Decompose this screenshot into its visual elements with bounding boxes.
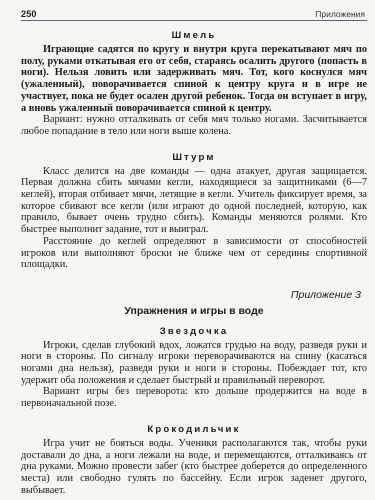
game-title-shmel: Шмель [21,30,367,41]
paragraph: Вариант: нужно отталкивать от себя мяч т… [21,114,367,137]
book-page: 250 Приложения Шмель Играющие садятся по… [0,0,375,500]
paragraph: Расстояние до кеглей определяют в зависи… [21,236,367,271]
game-title-zvezdochka: Звездочка [21,326,367,337]
game-title-krokodilchik: Крокодильчик [21,424,367,435]
paragraph: Игроки, сделав глубокий вдох, ложатся гр… [21,340,367,387]
page-number: 250 [21,9,37,19]
running-header: 250 Приложения [21,4,367,21]
paragraph: Класс делится на две команды — одна атак… [21,166,367,236]
running-section-name: Приложения [315,9,365,19]
paragraph: Играющие садятся по кругу и внутри круга… [21,44,367,114]
appendix-title: Упражнения и игры в воде [21,305,367,317]
game-title-shturm: Штурм [21,152,367,163]
appendix-label: Приложение 3 [21,289,367,301]
paragraph: Вариант игры без переворота: кто дольше … [21,386,367,409]
paragraph: Игра учит не бояться воды. Ученики распо… [21,438,367,497]
